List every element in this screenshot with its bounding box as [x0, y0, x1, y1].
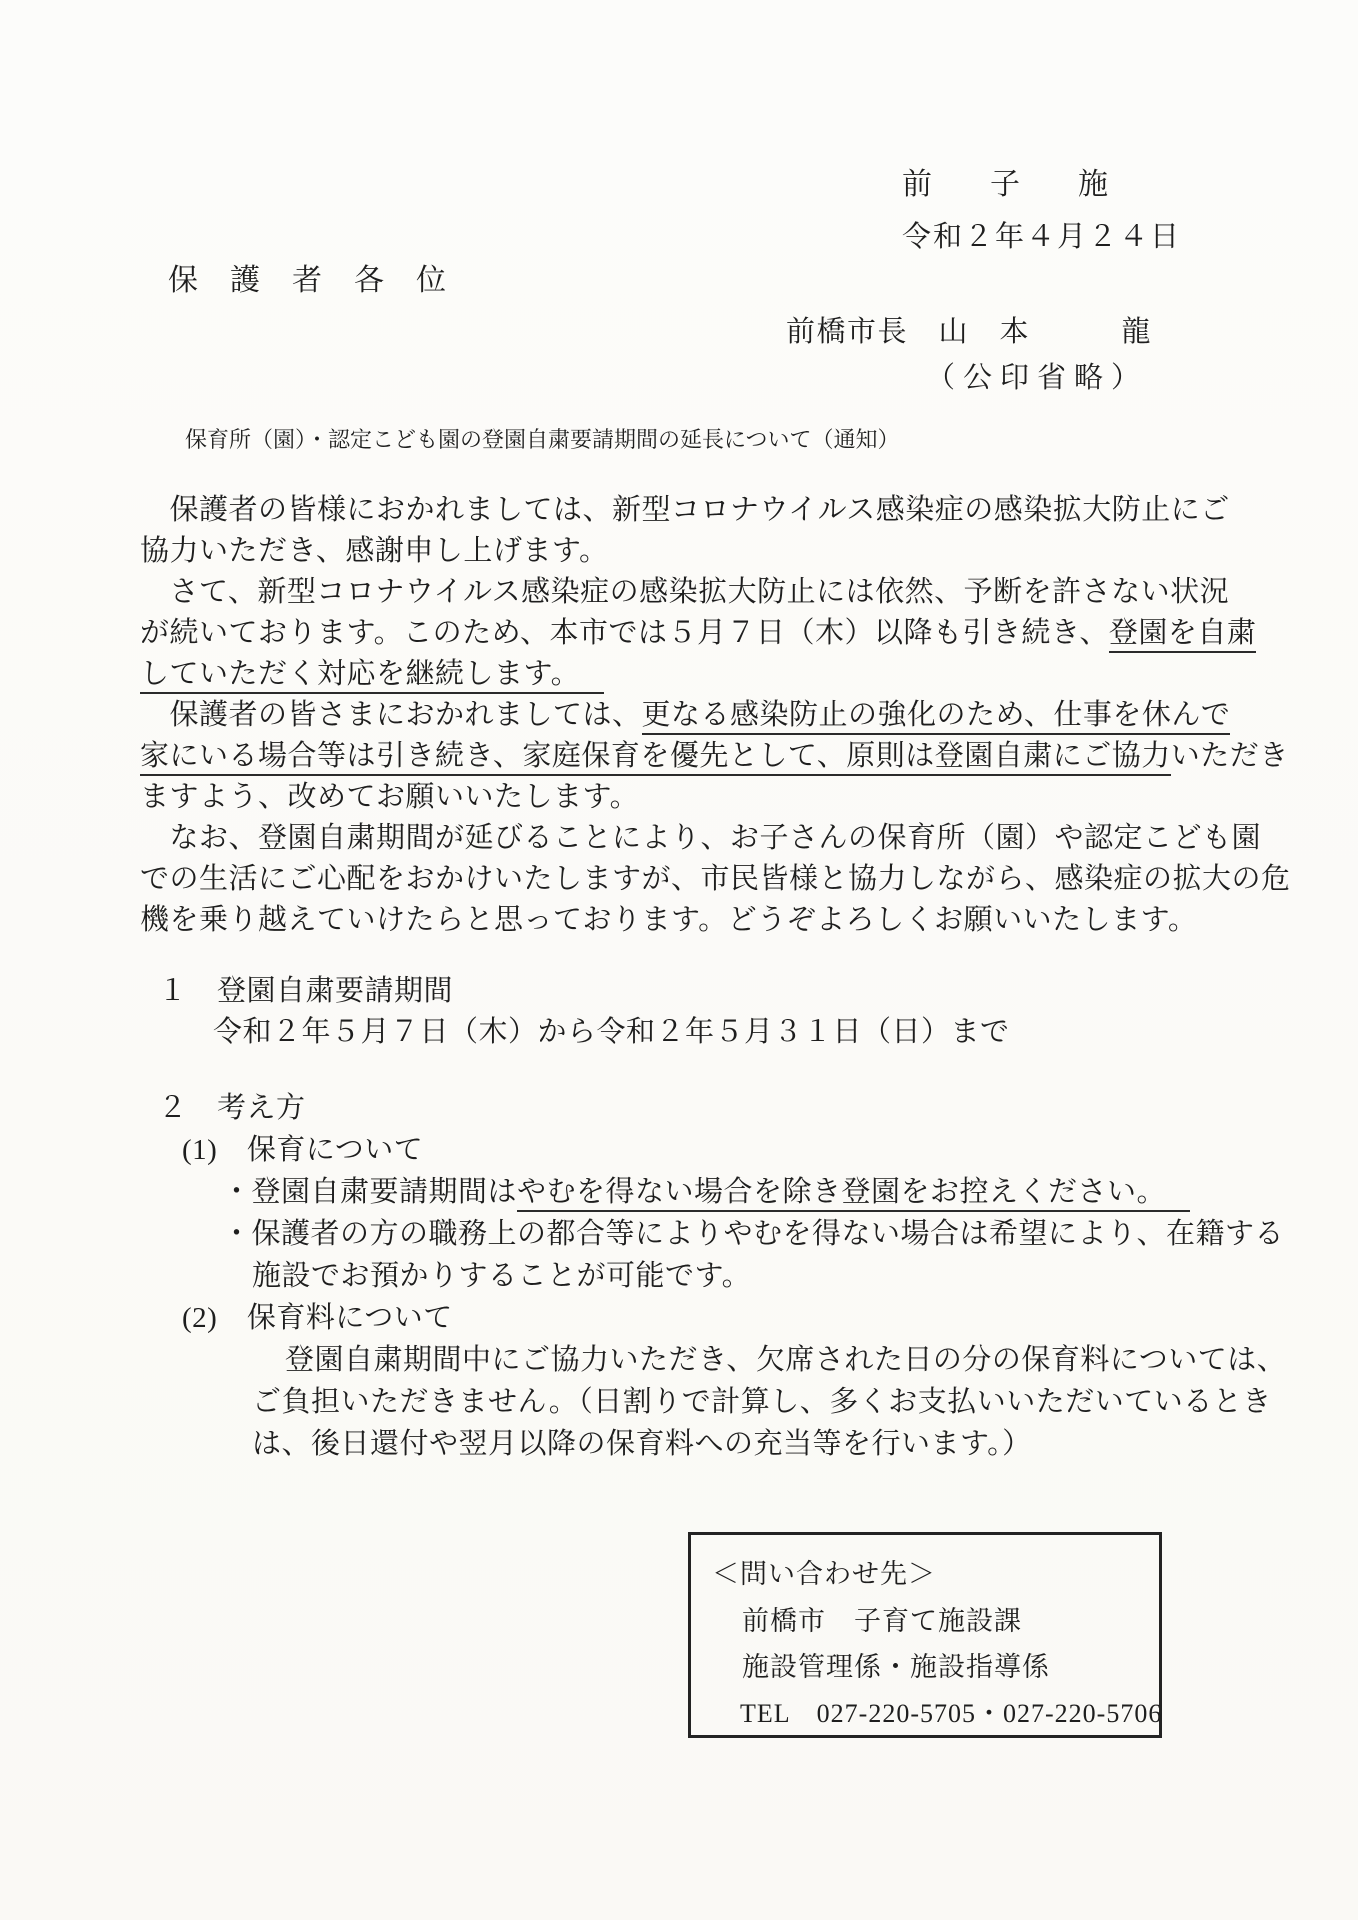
underlined-text: やむを得ない場合を除き登園をお控えください。 — [517, 1176, 1190, 1212]
body-line: していただく対応を継続します。 — [140, 656, 604, 692]
bullet-item: ・保護者の方の職務上の都合等によりやむを得ない場合は希望により、在籍する — [222, 1216, 1284, 1252]
body-line: 機を乗り越えていけたらと思っております。どうぞよろしくお願いいたします。 — [140, 902, 1197, 938]
underlined-text: 更なる感染防止の強化のため、仕事を休んで — [642, 699, 1231, 735]
underlined-text: していただく対応を継続します。 — [140, 658, 604, 694]
body-line: が続いております。このため、本市では５月７日（木）以降も引き続き、登園を自粛 — [140, 615, 1256, 651]
section1-heading: １ 登園自粛要請期間 — [158, 973, 453, 1009]
section2-heading: ２ 考え方 — [158, 1090, 306, 1126]
body-text: 保護者の皆さまにおかれましては、 — [140, 699, 642, 731]
body-line: ますよう、改めてお願いいたします。 — [140, 779, 639, 815]
contact-sections: 施設管理係・施設指導係 — [742, 1651, 1050, 1685]
addressee: 保 護 者 各 位 — [168, 262, 447, 300]
body-line: 登園自粛期間中にご協力いただき、欠席された日の分の保育料については、 — [285, 1342, 1286, 1378]
doc-date: 令和２年４月２４日 — [902, 219, 1181, 255]
body-line: なお、登園自粛期間が延びることにより、お子さんの保育所（園）や認定こども園 — [140, 820, 1261, 856]
section1-period: 令和２年５月７日（木）から令和２年５月３１日（日）まで — [213, 1014, 1010, 1050]
scanned-notice-page: 前 子 施 令和２年４月２４日 保 護 者 各 位 前橋市長 山 本 龍 （公印… — [0, 0, 1358, 1920]
section2-sub1-heading: (1) 保育について — [182, 1132, 423, 1168]
underlined-text: 登園を自粛 — [1109, 617, 1257, 653]
section2-sub2-heading: (2) 保育料について — [182, 1300, 453, 1336]
body-text: が続いております。このため、本市では５月７日（木）以降も引き続き、 — [140, 617, 1109, 649]
contact-department: 前橋市 子育て施設課 — [742, 1605, 1022, 1639]
body-line: 協力いただき、感謝申し上げます。 — [140, 533, 609, 569]
seal-omitted-note: （公印省略） — [926, 360, 1148, 396]
body-line: さて、新型コロナウイルス感染症の感染拡大防止には依然、予断を許さない状況 — [140, 574, 1229, 610]
sender-name: 前橋市長 山 本 龍 — [786, 314, 1152, 350]
contact-title: ＜問い合わせ先＞ — [712, 1558, 936, 1592]
doc-title: 保育所（園）・認定こども園の登園自粛要請期間の延長について（通知） — [185, 426, 900, 454]
body-line: での生活にご心配をおかけいたしますが、市民皆様と協力しながら、感染症の拡大の危 — [140, 861, 1291, 897]
body-text: ・登園自粛要請期間は — [222, 1176, 517, 1208]
body-line: 家にいる場合等は引き続き、家庭保育を優先として、原則は登園自粛にご協力いただき — [140, 738, 1289, 774]
body-line: 保護者の皆様におかれましては、新型コロナウイルス感染症の感染拡大防止にご — [140, 492, 1230, 528]
underlined-text: 家にいる場合等は引き続き、家庭保育を優先として、原則は登園自粛にご協力 — [140, 740, 1171, 776]
doc-stamp: 前 子 施 — [902, 166, 1122, 204]
body-line: は、後日還付や翌月以降の保育料への充当等を行います。） — [252, 1426, 1032, 1462]
contact-phone: TEL 027-220-5705・027-220-5706 — [740, 1698, 1162, 1731]
bullet-item-continuation: 施設でお預かりすることが可能です。 — [252, 1258, 751, 1294]
body-line: 保護者の皆さまにおかれましては、更なる感染防止の強化のため、仕事を休んで — [140, 697, 1230, 733]
bullet-item: ・登園自粛要請期間はやむを得ない場合を除き登園をお控えください。 — [222, 1174, 1190, 1210]
body-text: いただき — [1171, 740, 1289, 772]
body-line: ご負担いただきません。（日割りで計算し、多くお支払いいただいているとき — [252, 1384, 1272, 1420]
